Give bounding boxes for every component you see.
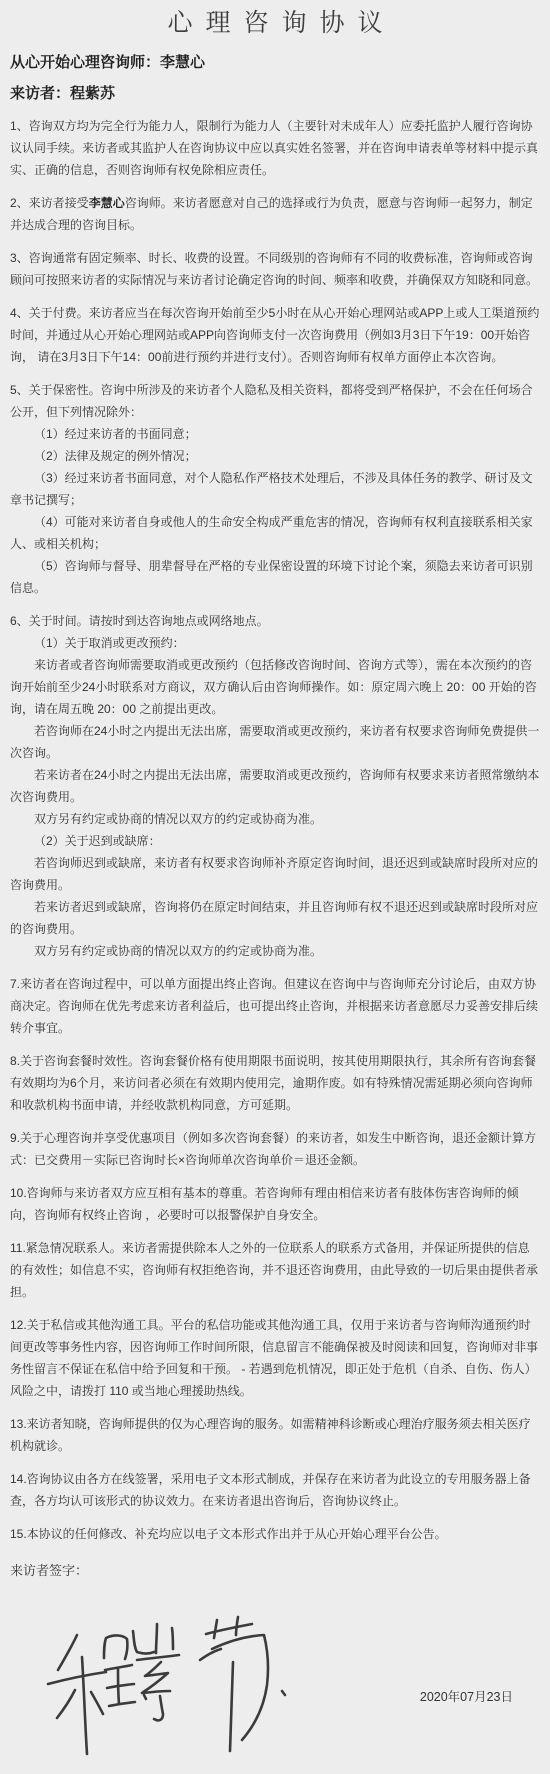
term-paragraph: 9.关于心理咨询并享受优惠项目（例如多次咨询套餐）的来访者，如发生中断咨询，退还… [10, 1127, 540, 1171]
term-paragraph: 若咨询师迟到或缺席，来访者有权要求咨询师补齐原定咨询时间，退还迟到或缺席时段所对… [10, 852, 540, 896]
agreement-section: 12.关于私信或其他沟通工具。平台的私信功能或其他沟通工具，仅用于来访者与咨询师… [10, 1314, 540, 1402]
term-paragraph: 11.紧急情况联系人。来访者需提供除本人之外的一位联系人的联系方式备用，并保证所… [10, 1237, 540, 1303]
term-paragraph: 7.来访者在咨询过程中，可以单方面提出终止咨询。但建议在咨询中与咨询师充分讨论后… [10, 973, 540, 1039]
agreement-terms: 1、咨询双方均为完全行为能力人，限制行为能力人（主要针对未成年人）应委托监护人履… [0, 115, 550, 1545]
agreement-section: 11.紧急情况联系人。来访者需提供除本人之外的一位联系人的联系方式备用，并保证所… [10, 1237, 540, 1303]
term-paragraph: 来访者或者咨询师需要取消或更改预约（包括修改咨询时间、咨询方式等），需在本次预约… [10, 654, 540, 720]
agreement-section: 2、来访者接受李慧心咨询师。来访者愿意对自己的选择或行为负责，愿意与咨询师一起努… [10, 192, 540, 236]
agreement-section: 5、关于保密性。咨询中所涉及的来访者个人隐私及相关资料，都将受到严格保护，不会在… [10, 379, 540, 599]
agreement-section: 15.本协议的任何修改、补充均应以电子文本形式作出并于从心开始心理平台公告。 [10, 1523, 540, 1545]
term-paragraph: 1、咨询双方均为完全行为能力人，限制行为能力人（主要针对未成年人）应委托监护人履… [10, 115, 540, 181]
term-paragraph: （1）经过来访者的书面同意； [10, 423, 540, 445]
page-title: 心理咨询协议 [0, 0, 550, 39]
term-paragraph: 5、关于保密性。咨询中所涉及的来访者个人隐私及相关资料，都将受到严格保护，不会在… [10, 379, 540, 423]
agreement-section: 8.关于咨询套餐时效性。咨询套餐价格有使用期限书面说明，按其使用期限执行，其余所… [10, 1050, 540, 1116]
term-paragraph: 双方另有约定或协商的情况以双方的约定或协商为准。 [10, 940, 540, 962]
term-paragraph: 8.关于咨询套餐时效性。咨询套餐价格有使用期限书面说明，按其使用期限执行，其余所… [10, 1050, 540, 1116]
term-paragraph: 3、咨询通常有固定频率、时长、收费的设置。不同级别的咨询师有不同的收费标准，咨询… [10, 247, 540, 291]
term-paragraph: （2）关于迟到或缺席： [10, 830, 540, 852]
term-paragraph: 若来访者迟到或缺席，咨询将仍在原定时间结束，并且咨询师有权不退还迟到或缺席时段所… [10, 896, 540, 940]
visitor-line: 来访者：程紫苏 [10, 82, 540, 105]
term-paragraph: （4）可能对来访者自身或他人的生命安全构成严重危害的情况，咨询师有权利直接联系相… [10, 511, 540, 555]
term-paragraph: 13.来访者知晓，咨询师提供的仅为心理咨询的服务。如需精神科诊断或心理治疗服务须… [10, 1413, 540, 1457]
term-paragraph: （1）关于取消或更改预约： [10, 632, 540, 654]
agreement-section: 4、关于付费。来访者应当在每次咨询开始前至少5小时在从心开始心理网站或APP上或… [10, 302, 540, 368]
agreement-section: 1、咨询双方均为完全行为能力人，限制行为能力人（主要针对未成年人）应委托监护人履… [10, 115, 540, 181]
signature-label: 来访者签字： [10, 1560, 540, 1582]
agreement-section: 9.关于心理咨询并享受优惠项目（例如多次咨询套餐）的来访者，如发生中断咨询，退还… [10, 1127, 540, 1171]
term-paragraph: （2）法律及规定的例外情况； [10, 445, 540, 467]
term-paragraph: 15.本协议的任何修改、补充均应以电子文本形式作出并于从心开始心理平台公告。 [10, 1523, 540, 1545]
term-paragraph: 10.咨询师与来访者双方应互相有基本的尊重。若咨询师有理由相信来访者有肢体伤害咨… [10, 1182, 540, 1226]
agreement-section: 14.咨询协议由各方在线签署，采用电子文本形式制成，并保存在来访者为此设立的专用… [10, 1468, 540, 1512]
term-paragraph: 若来访者在24小时之内提出无法出席，需要取消或更改预约，咨询师有权要求来访者照常… [10, 764, 540, 808]
term-paragraph: （5）咨询师与督导、朋辈督导在严格的专业保密设置的环境下讨论个案，须隐去来访者可… [10, 555, 540, 599]
visitor-signature [30, 1607, 292, 1757]
agreement-section: 7.来访者在咨询过程中，可以单方面提出终止咨询。但建议在咨询中与咨询师充分讨论后… [10, 973, 540, 1039]
term-paragraph: 双方另有约定或协商的情况以双方的约定或协商为准。 [10, 808, 540, 830]
agreement-section: 13.来访者知晓，咨询师提供的仅为心理咨询的服务。如需精神科诊断或心理治疗服务须… [10, 1413, 540, 1457]
term-paragraph: 2、来访者接受李慧心咨询师。来访者愿意对自己的选择或行为负责，愿意与咨询师一起努… [10, 192, 540, 236]
counselor-line: 从心开始心理咨询师：李慧心 [10, 51, 540, 74]
term-paragraph: 若咨询师在24小时之内提出无法出席，需要取消或更改预约，来访者有权要求咨询师免费… [10, 720, 540, 764]
agreement-section: 10.咨询师与来访者双方应互相有基本的尊重。若咨询师有理由相信来访者有肢体伤害咨… [10, 1182, 540, 1226]
signature-area [30, 1607, 292, 1757]
term-paragraph: 6、关于时间。请按时到达咨询地点或网络地点。 [10, 610, 540, 632]
agreement-section: 6、关于时间。请按时到达咨询地点或网络地点。（1）关于取消或更改预约：来访者或者… [10, 610, 540, 962]
agreement-document: 心理咨询协议 从心开始心理咨询师：李慧心 来访者：程紫苏 1、咨询双方均为完全行… [0, 0, 550, 1774]
agreement-section: 3、咨询通常有固定频率、时长、收费的设置。不同级别的咨询师有不同的收费标准，咨询… [10, 247, 540, 291]
term-paragraph: 4、关于付费。来访者应当在每次咨询开始前至少5小时在从心开始心理网站或APP上或… [10, 302, 540, 368]
signing-date: 2020年07月23日 [420, 1688, 513, 1706]
term-paragraph: （3）经过来访者书面同意，对个人隐私作严格技术处理后，不涉及具体任务的教学、研讨… [10, 467, 540, 511]
term-paragraph: 14.咨询协议由各方在线签署，采用电子文本形式制成，并保存在来访者为此设立的专用… [10, 1468, 540, 1512]
term-paragraph: 12.关于私信或其他沟通工具。平台的私信功能或其他沟通工具，仅用于来访者与咨询师… [10, 1314, 540, 1402]
